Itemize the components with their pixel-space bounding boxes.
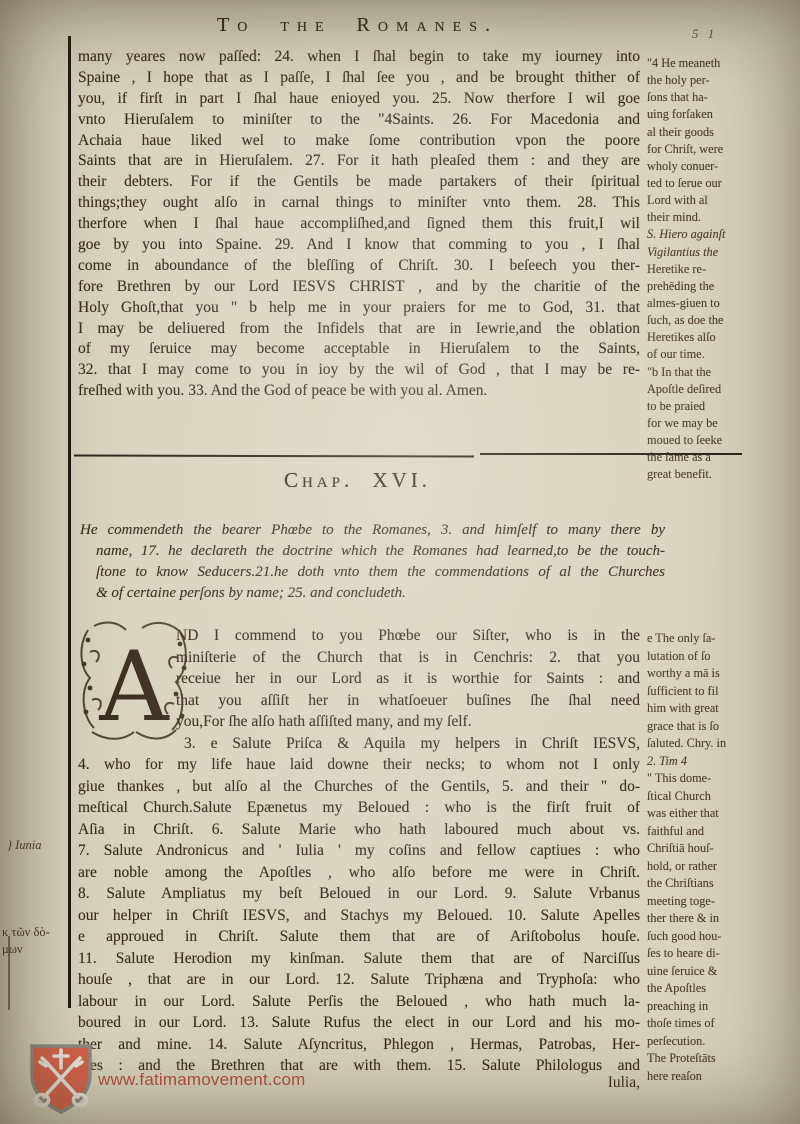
section-divider [480,453,742,455]
margin-note-line: al their goods [647,124,797,141]
text-line: boured in our Lord. 13. Salute Rufus the… [78,1012,640,1034]
margin-note-line: worthy a mā is [647,665,797,683]
margin-note-line: e The only ſa- [647,630,797,648]
chapter-text-beside-dropcap: ND I commend to you Phœbe our Siſter, wh… [176,625,640,754]
margin-note-line: ſes to heare di- [647,945,797,963]
text-line: things;they ought alſo in carnal things … [78,193,640,214]
margin-note-line: Lord with al [647,192,797,209]
argument-line: ſtone to know Seducers.21.he doth vnto t… [80,562,665,583]
text-line: 8. Salute Ampliatus my beſt Beloued in o… [78,883,640,905]
text-line: you,For ſhe alſo hath aſſiſted many, and… [176,711,640,733]
argument-line: & of certaine perſons by name; 25. and c… [80,583,665,604]
text-line: you, if firſt in part I ſhal haue enioye… [78,89,640,110]
text-line: many yeares now paſſed: 24. when I ſhal … [78,47,640,68]
text-line: freſhed with you. 33. And the God of pea… [78,381,640,402]
margin-note-line: Vigilantius the [647,244,797,261]
margin-note-line: ſtical Church [647,788,797,806]
scanned-book-page: To the Romanes. 5 1 many yeares now paſſ… [0,0,800,1124]
margin-note-line: here reaſon [647,1068,797,1086]
text-line: ND I commend to you Phœbe our Siſter, wh… [176,625,640,647]
margin-note-line: perſecution. [647,1033,797,1051]
text-line: 7. Salute Andronicus and ' Iulia ' my co… [78,840,640,862]
margin-note-line: him with great [647,700,797,718]
margin-note-line: " This dome- [647,770,797,788]
margin-note-line: of our time. [647,346,797,363]
margin-note-line: was either that [647,805,797,823]
margin-note-line: Heretike re- [647,261,797,278]
margin-note-line: to be praied [647,398,797,415]
argument-line: He commendeth the bearer Phœbe to the Ro… [80,520,665,541]
epistle-text-block: many yeares now paſſed: 24. when I ſhal … [78,47,640,402]
margin-note-left-greek: κ τῶν δὸ- μων [2,924,50,957]
margin-note-line: the holy per- [647,72,797,89]
chapter-text-block: 4. who for my life haue laid downe their… [78,754,640,1077]
text-line: 32. that I may come to you in ioy by the… [78,360,640,381]
margin-note-line: ſufficient to fil [647,683,797,701]
margin-note-line: uing forſaken [647,106,797,123]
margin-note-line: the Chriſtians [647,875,797,893]
margin-note-line: ſons that ha- [647,89,797,106]
argument-line: name, 17. he declareth the doctrine whic… [80,541,665,562]
margin-note-line: Apoſtle deſired [647,381,797,398]
margin-note-line: grace that is ſo [647,718,797,736]
text-line: our helper in Chriſt IESVS, and Stachys … [78,905,640,927]
margin-note-line: Heretikes alſo [647,329,797,346]
text-line: Achaia haue liked wel to make ſome contr… [78,131,640,152]
text-line: their debters. For if the Gentils be mad… [78,172,640,193]
margin-note-line: ther there & in [647,910,797,928]
margin-note-line: the ſame as a [647,449,797,466]
text-line: Aſia in Chriſt. 6. Salute Marie who hath… [78,819,640,841]
greek-note-line: κ τῶν δὸ- [2,924,50,941]
column-rule [68,36,71,1008]
text-line: of my ſeruice may become acceptable in H… [78,339,640,360]
text-line: Spaine , I hope that as I paſſe, I ſhal … [78,68,640,89]
margin-note-line: 2. Tim 4 [647,753,797,771]
greek-note-line: μων [2,941,50,958]
margin-note-line: great benefit. [647,466,797,483]
margin-note-line: ſuch, as doe the [647,312,797,329]
margin-notes-right-top: "4 He meaneththe holy per-ſons that ha-u… [647,55,797,484]
text-line: labour in our Lord. Salute Perſis the Be… [78,991,640,1013]
margin-note-line: preaching in [647,998,797,1016]
text-line: Holy Ghoſt,that you " b help me in your … [78,298,640,319]
margin-note-line: "b In that the [647,364,797,381]
margin-note-line: ted to ſerue our [647,175,797,192]
text-line: meſtical Church.Salute Epænetus my Belou… [78,797,640,819]
text-line: I may be deliuered from the Infidels tha… [78,319,640,340]
margin-note-line: meeting toge- [647,893,797,911]
text-line: 4. who for my life haue laid downe their… [78,754,640,776]
page-number: 5 1 [692,26,717,42]
text-line: come in aboundance of the bleſſing of Ch… [78,256,640,277]
margin-note-line: Chriſtiā houſ- [647,840,797,858]
text-line: e approued in Chriſt. Salute them that a… [78,926,640,948]
margin-note-line: the Apoſtles [647,980,797,998]
text-line: vnto Hieruſalem to miniſter to the "4Sai… [78,110,640,131]
margin-note-line: The Proteſtāts [647,1050,797,1068]
margin-note-line: ſaluted. Chry. in [647,735,797,753]
margin-note-line: their mind. [647,209,797,226]
margin-note-line: uine ſeruice & [647,963,797,981]
margin-note-line: prehēding the [647,278,797,295]
margin-note-line: wholy conuer- [647,158,797,175]
text-line: therfore when I ſhal haue accompliſhed,a… [78,214,640,235]
margin-note-line: ſuch good hou- [647,928,797,946]
chapter-argument: He commendeth the bearer Phœbe to the Ro… [80,520,665,604]
text-line: houſe , that are in our Lord. 12. Salute… [78,969,640,991]
margin-note-line: S. Hiero againſt [647,226,797,243]
text-line: Saints that are in Hieruſalem. 27. For i… [78,151,640,172]
drop-cap-letter: A [98,631,170,743]
margin-note-line: for we may be [647,415,797,432]
text-line: that you aſſiſt her in whatſoeuer buſine… [176,690,640,712]
watermark-url: www.fatimamovement.com [98,1070,306,1090]
crossed-keys-shield-icon [26,1040,96,1118]
section-divider [74,454,474,457]
text-line: goe by you into Spaine. 29. And I know t… [78,235,640,256]
text-line: fore Brethren by our Lord IESVS CHRIST ,… [78,277,640,298]
text-line: giue thankes , but alſo al the Churches … [78,776,640,798]
margin-note-line: faithful and [647,823,797,841]
margin-note-line: for Chriſt, were [647,141,797,158]
margin-note-left-iunia: } Iunia [7,838,42,853]
margin-note-line: thoſe times of [647,1015,797,1033]
chapter-heading: Chap. XVI. [75,468,640,493]
text-line: receiue her in our Lord as it is worthie… [176,668,640,690]
text-line: 11. Salute Herodion my kinſman. Salute t… [78,948,640,970]
text-line: 3. e Salute Priſca & Aquila my helpers i… [176,733,640,755]
text-line: miniſterie of the Church that is in Cenc… [176,647,640,669]
margin-note-line: hold, or rather [647,858,797,876]
running-head: To the Romanes. [75,14,640,37]
margin-note-line: lutation of ſo [647,648,797,666]
text-line: are noble among the Apoſtles , who alſo … [78,862,640,884]
margin-notes-right-bottom: e The only ſa-lutation of ſoworthy a mā … [647,630,797,1085]
margin-note-line: moued to ſeeke [647,432,797,449]
margin-note-line: "4 He meaneth [647,55,797,72]
margin-note-line: almes-giuen to [647,295,797,312]
text-line: ther and mine. 14. Salute Aſyncritus, Ph… [78,1034,640,1056]
